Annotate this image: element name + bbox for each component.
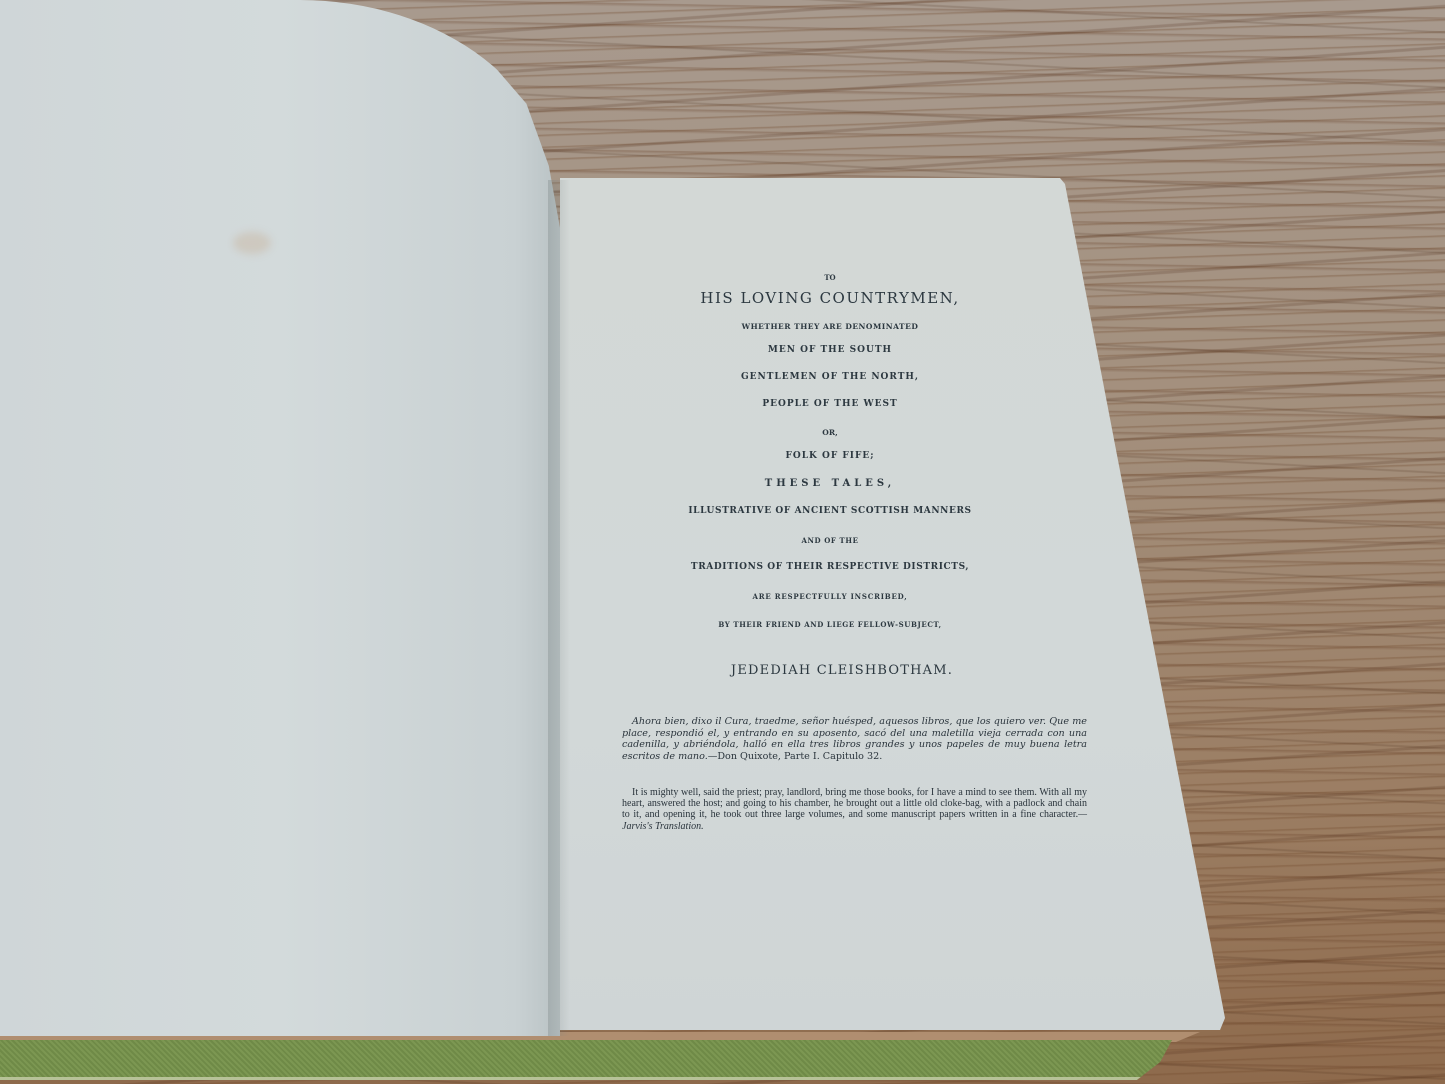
dedication-these-tales: THESE TALES, — [560, 478, 1100, 489]
spanish-epigraph-source: —Don Quixote, Parte I. Capitulo 32. — [708, 751, 882, 762]
dedication-whether: WHETHER THEY ARE DENOMINATED — [560, 322, 1100, 331]
foxing-stain — [233, 232, 271, 254]
dedication-inscribed: ARE RESPECTFULLY INSCRIBED, — [560, 592, 1100, 601]
dedication-and-of-the: AND OF THE — [560, 536, 1100, 545]
left-page-blank — [0, 0, 560, 1036]
english-epigraph-text: It is mighty well, said the priest; pray… — [622, 787, 1087, 820]
dedication-folk-fife: FOLK OF FIFE; — [560, 451, 1100, 461]
dedication-page: TO HIS LOVING COUNTRYMEN, WHETHER THEY A… — [560, 178, 1160, 1030]
green-cloth-cover — [0, 1040, 1172, 1080]
dedication-people-west: PEOPLE OF THE WEST — [560, 399, 1100, 409]
english-epigraph: It is mighty well, said the priest; pray… — [622, 787, 1087, 832]
dedication-title: HIS LOVING COUNTRYMEN, — [560, 289, 1100, 307]
dedication-gentlemen-north: GENTLEMEN OF THE NORTH, — [560, 372, 1100, 382]
spanish-epigraph: Ahora bien, dixo il Cura, traedme, señor… — [622, 716, 1087, 762]
dedication-by-friend: BY THEIR FRIEND AND LIEGE FELLOW-SUBJECT… — [560, 620, 1100, 629]
dedication-illustrative: ILLUSTRATIVE OF ANCIENT SCOTTISH MANNERS — [560, 506, 1100, 516]
dedication-author: JEDEDIAH CLEISHBOTHAM. — [572, 663, 1112, 678]
dedication-men-south: MEN OF THE SOUTH — [560, 345, 1100, 355]
dedication-traditions: TRADITIONS OF THEIR RESPECTIVE DISTRICTS… — [560, 562, 1100, 572]
dedication-or: OR, — [560, 428, 1100, 437]
dedication-to: TO — [560, 273, 1100, 282]
